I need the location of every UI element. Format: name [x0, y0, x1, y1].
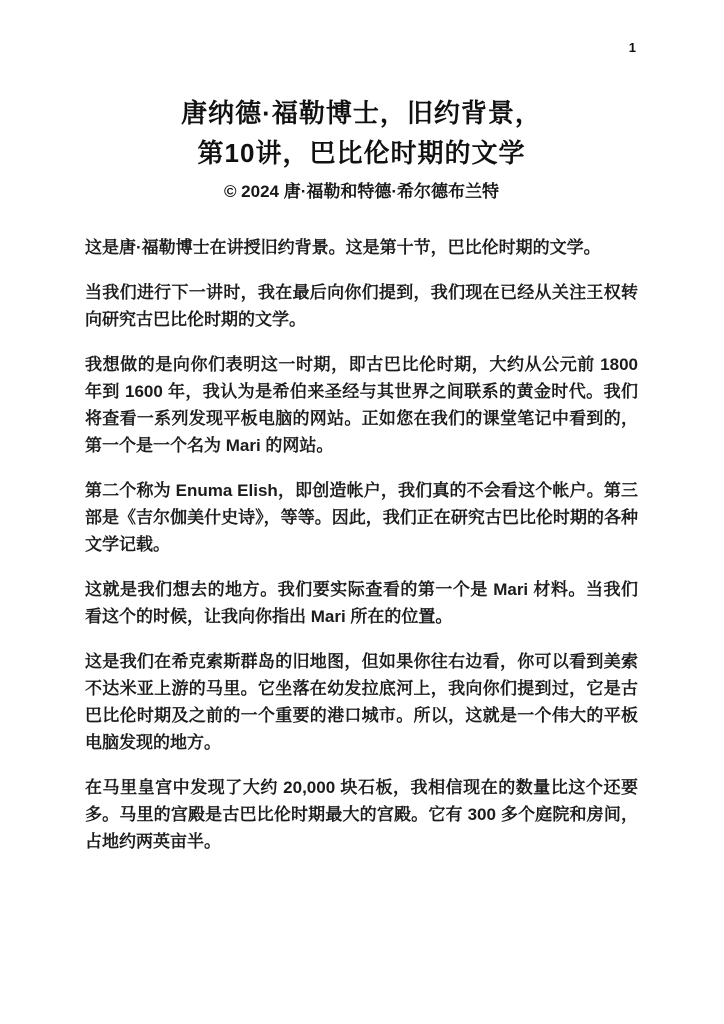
paragraph-1: 这是唐·福勒博士在讲授旧约背景。这是第十节，巴比伦时期的文学。 [85, 234, 638, 261]
paragraph-2: 当我们进行下一讲时，我在最后向你们提到，我们现在已经从关注王权转向研究古巴比伦时… [85, 279, 638, 333]
paragraph-3: 我想做的是向你们表明这一时期，即古巴比伦时期，大约从公元前 1800 年到 16… [85, 351, 638, 459]
paragraph-4: 第二个称为 Enuma Elish，即创造帐户，我们真的不会看这个帐户。第三部是… [85, 477, 638, 558]
document-content: 唐纳德·福勒博士，旧约背景， 第10讲，巴比伦时期的文学 © 2024 唐·福勒… [85, 93, 638, 873]
paragraph-7: 在马里皇宫中发现了大约 20,000 块石板，我相信现在的数量比这个还要多。马里… [85, 774, 638, 855]
document-body: 这是唐·福勒博士在讲授旧约背景。这是第十节，巴比伦时期的文学。 当我们进行下一讲… [85, 234, 638, 855]
paragraph-6: 这是我们在希克索斯群岛的旧地图，但如果你往右边看，你可以看到美索不达米亚上游的马… [85, 648, 638, 756]
document-title-line-1: 唐纳德·福勒博士，旧约背景， [85, 93, 638, 133]
page-number: 1 [629, 40, 636, 55]
paragraph-5: 这就是我们想去的地方。我们要实际查看的第一个是 Mari 材料。当我们看这个的时… [85, 576, 638, 630]
document-title-line-2: 第10讲，巴比伦时期的文学 [85, 133, 638, 173]
document-page: 1 唐纳德·福勒博士，旧约背景， 第10讲，巴比伦时期的文学 © 2024 唐·… [0, 0, 724, 1024]
document-title: 唐纳德·福勒博士，旧约背景， 第10讲，巴比伦时期的文学 [85, 93, 638, 173]
copyright-line: © 2024 唐·福勒和特德·希尔德布兰特 [85, 180, 638, 204]
